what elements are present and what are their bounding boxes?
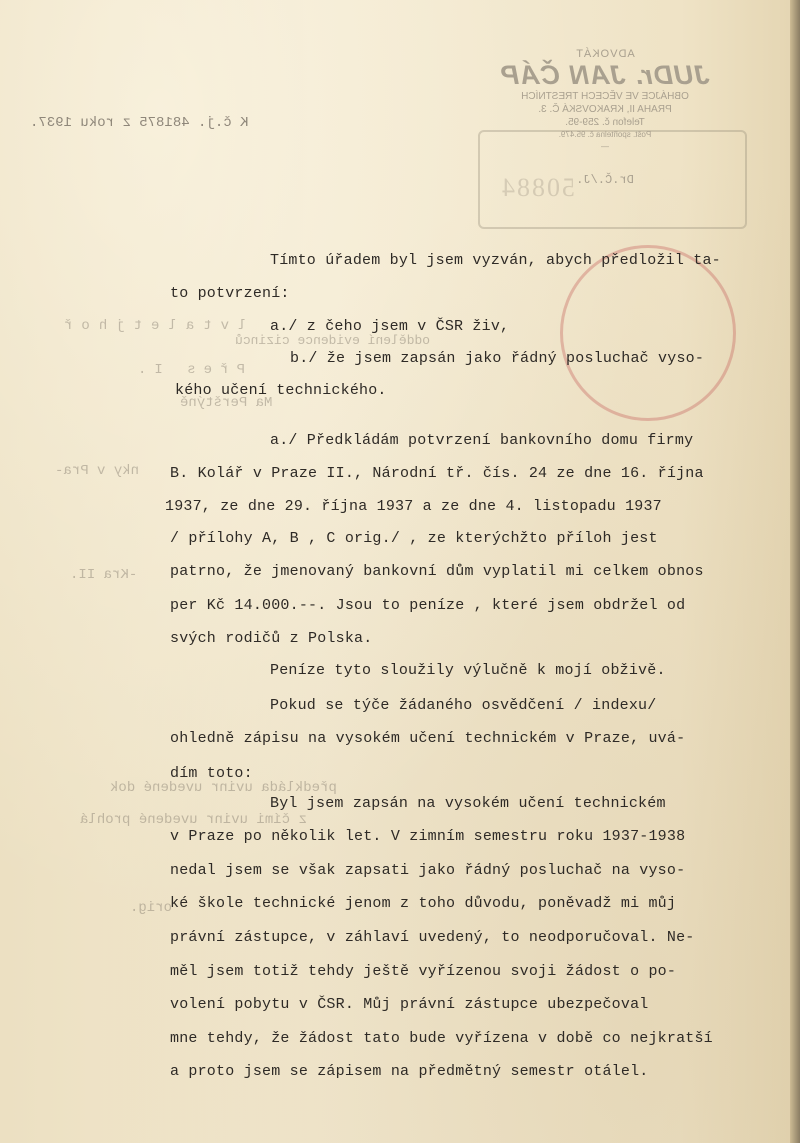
body-line: ké škole technické jenom z toho důvodu, … bbox=[170, 895, 676, 912]
red-round-stamp bbox=[560, 245, 736, 421]
ghost-text: lvtaletjhoř bbox=[55, 318, 246, 334]
body-line: B. Kolář v Praze II., Národní tř. čís. 2… bbox=[170, 465, 704, 482]
body-line: mne tehdy, že žádost tato bude vyřízena … bbox=[170, 1030, 713, 1047]
ghost-text: -Kra II. bbox=[70, 567, 137, 583]
body-line: to potvrzení: bbox=[170, 285, 290, 302]
body-line: kého učení technického. bbox=[175, 382, 387, 399]
body-line: svých rodičů z Polska. bbox=[170, 630, 372, 647]
ghost-text: z čími uvinr uvedené prohlá bbox=[80, 812, 307, 828]
letterhead-title: ADVOKÁT bbox=[470, 48, 740, 60]
letterhead-dash: — bbox=[470, 141, 740, 153]
body-line: v Praze po několik let. V zimním semestr… bbox=[170, 828, 685, 845]
letterhead-line4: Pošt. spořitelna č. 95.479. bbox=[470, 129, 740, 141]
body-line: Byl jsem zapsán na vysokém učení technic… bbox=[270, 795, 666, 812]
body-line: ohledně zápisu na vysokém učení technick… bbox=[170, 730, 685, 747]
ghost-text: oddělení evidence cizinců bbox=[235, 333, 430, 348]
letterhead-line2: PRAHA II, KRAKOVSKÁ Č. 3. bbox=[470, 103, 740, 116]
body-line: 1937, ze dne 29. října 1937 a ze dne 4. … bbox=[165, 498, 662, 515]
letterhead-ref: Dr.Č./J. bbox=[470, 173, 740, 187]
body-line: Peníze tyto sloužily výlučně k mojí obži… bbox=[270, 662, 666, 679]
body-line: a proto jsem se zápisem na předmětný sem… bbox=[170, 1063, 648, 1080]
letterhead-name: JUDr. JAN ČÁP bbox=[470, 60, 740, 90]
body-line: b./ že jsem zapsán jako řádný posluchač … bbox=[290, 350, 704, 367]
body-line: Tímto úřadem byl jsem vyzván, abych před… bbox=[270, 252, 721, 269]
body-line: nedal jsem se však zapsati jako řádný po… bbox=[170, 862, 685, 879]
body-line: volení pobytu v ČSR. Můj právní zástupce… bbox=[170, 996, 648, 1013]
body-line: a./ Předkládám potvrzení bankovního domu… bbox=[270, 432, 693, 449]
reference-number: K č.j. 481875 z roku 1937. bbox=[30, 115, 248, 131]
body-line: / přílohy A, B , C orig./ , ze kterýchžt… bbox=[170, 530, 658, 547]
letterhead-bleedthrough: ADVOKÁT JUDr. JAN ČÁP OBHÁJCE VE VĚCECH … bbox=[470, 48, 740, 187]
ghost-text: orig. bbox=[130, 900, 172, 916]
letterhead-line3: Telefon č. 259-95. bbox=[470, 116, 740, 129]
page-edge bbox=[790, 0, 800, 1143]
body-line: patrno, že jmenovaný bankovní dům vyplat… bbox=[170, 563, 704, 580]
ghost-text: předkláda uvinr uvedené dok bbox=[110, 780, 337, 796]
body-line: měl jsem totiž tehdy ještě vyřízenou svo… bbox=[170, 963, 676, 980]
body-line: per Kč 14.000.--. Jsou to peníze , které… bbox=[170, 597, 685, 614]
ghost-text: Přes I. bbox=[130, 362, 245, 378]
body-line: dím toto: bbox=[170, 765, 253, 782]
body-line: právní zástupce, v záhlaví uvedený, to n… bbox=[170, 929, 694, 946]
ghost-text: nky v Pra- bbox=[55, 463, 139, 479]
body-line: a./ z čeho jsem v ČSR živ, bbox=[270, 318, 509, 335]
body-line: Pokud se týče žádaného osvědčení / index… bbox=[270, 697, 656, 714]
letterhead-line1: OBHÁJCE VE VĚCECH TRESTNÍCH bbox=[470, 90, 740, 103]
